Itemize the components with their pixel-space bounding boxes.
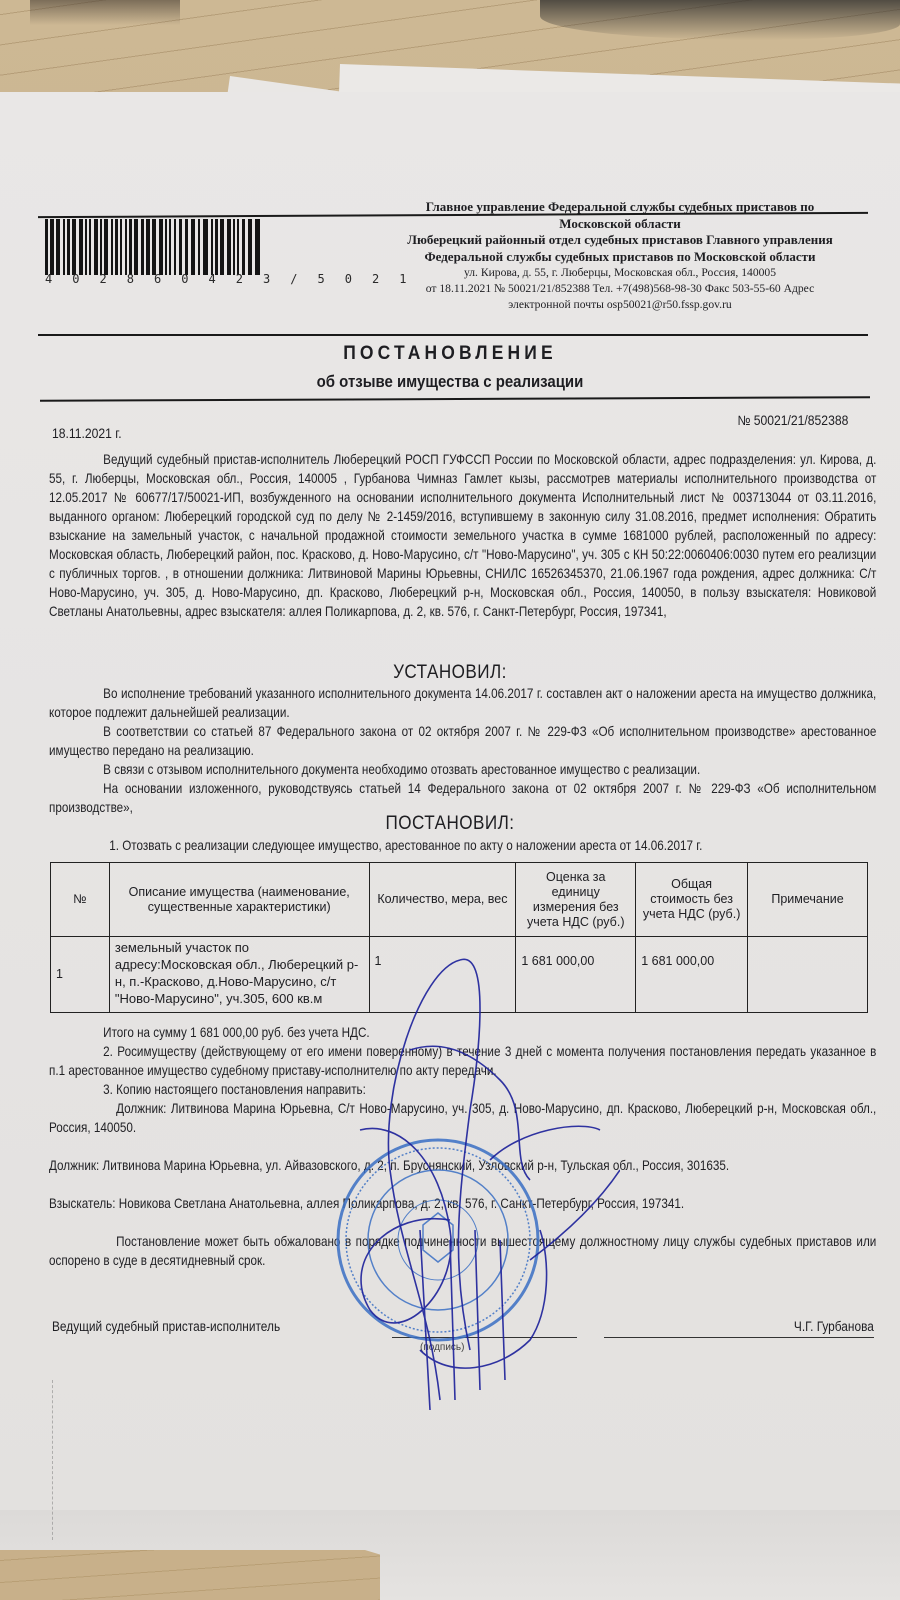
column-header-total: Общая стоимость без учета НДС (руб.) (636, 863, 748, 937)
barcode-bar (115, 219, 118, 275)
cell-total: 1 681 000,00 (636, 937, 748, 1013)
barcode-bar (174, 219, 176, 275)
table-header-row: № Описание имущества (наименование, суще… (51, 863, 868, 937)
barcode-bar (215, 219, 218, 275)
barcode-bar (100, 219, 102, 275)
item-2: 2. Росимуществу (действующему от его име… (49, 1042, 876, 1080)
resolved-heading: ПОСТАНОВИЛ: (45, 813, 855, 835)
preamble: Ведущий судебный пристав-исполнитель Люб… (49, 450, 876, 621)
barcode-bar (63, 219, 65, 275)
barcode-bar (111, 219, 113, 275)
barcode-bar (255, 219, 260, 275)
barcode-bar (50, 219, 54, 275)
barcode-bar (198, 219, 200, 275)
barcode-bar (104, 219, 108, 275)
barcode-bar (203, 219, 208, 275)
wooden-table-corner (0, 1550, 380, 1600)
barcode-bar (141, 219, 144, 275)
total-line: Итого на сумму 1 681 000,00 руб. без уче… (49, 1023, 876, 1042)
barcode-bar (159, 219, 163, 275)
column-header-quantity: Количество, мера, вес (369, 863, 516, 937)
established-paragraph: В связи с отзывом исполнительного докуме… (49, 760, 876, 779)
agency-line: Московской области (380, 216, 860, 233)
copy-recipient-debtor-1: Должник: Литвинова Марина Юрьевна, С/т Н… (49, 1099, 876, 1137)
table-row: 1 земельный участок по адресу:Московская… (51, 937, 868, 1013)
signature-line (392, 1337, 577, 1338)
cell-unit-price: 1 681 000,00 (516, 937, 636, 1013)
title-rule (38, 334, 868, 336)
barcode-bar (248, 219, 252, 275)
cell-number: 1 (51, 937, 110, 1013)
barcode-bar (191, 219, 195, 275)
agency-address: ул. Кирова, д. 55, г. Люберцы, Московска… (380, 265, 860, 281)
barcode-bar (125, 219, 127, 275)
barcode-bar (129, 219, 132, 275)
agency-email: электронной почты osp50021@r50.fssp.gov.… (380, 297, 860, 313)
signature-caption: (подпись) (420, 1342, 464, 1353)
barcode-bar (72, 219, 76, 275)
established-paragraph: На основании изложенного, руководствуясь… (49, 779, 876, 817)
barcode-number: 4 0 2 8 6 0 4 2 3 / 5 0 2 1 (45, 272, 413, 286)
resolved-item1-wrap: 1. Отозвать с реализации следующее имуще… (49, 836, 876, 855)
agency-contact: от 18.11.2021 № 50021/21/852388 Тел. +7(… (380, 281, 860, 297)
column-header-note: Примечание (748, 863, 868, 937)
barcode-bar (94, 219, 98, 275)
name-line (604, 1337, 874, 1338)
column-header-unit-price: Оценка за единицу измерения без учета НД… (516, 863, 636, 937)
barcode-bar (211, 219, 213, 275)
barcode (45, 219, 285, 275)
barcode-bar (237, 219, 239, 275)
barcode-bar (233, 219, 235, 275)
barcode-bar (165, 219, 167, 275)
shadow (30, 0, 180, 25)
barcode-bar (45, 219, 48, 275)
document-date: 18.11.2021 г. (52, 426, 122, 441)
property-table: № Описание имущества (наименование, суще… (50, 862, 868, 1013)
agency-line: Федеральной службы судебных приставов по… (380, 249, 860, 266)
barcode-bar (220, 219, 224, 275)
column-header-description: Описание имущества (наименование, сущест… (109, 863, 369, 937)
barcode-bar (146, 219, 150, 275)
barcode-bar (134, 219, 138, 275)
barcode-bar (89, 219, 91, 275)
signer-position: Ведущий судебный пристав-исполнитель (52, 1319, 280, 1334)
appeal-notice: Постановление может быть обжаловано в по… (49, 1232, 876, 1270)
barcode-bar (79, 219, 83, 275)
established-section: Во исполнение требований указанного испо… (49, 684, 876, 817)
copy-recipient-claimant: Взыскатель: Новикова Светлана Анатольевн… (49, 1194, 876, 1213)
cell-note (748, 937, 868, 1013)
barcode-bar (120, 219, 122, 275)
established-paragraph: В соответствии со статьей 87 Федеральног… (49, 722, 876, 760)
barcode-bar (185, 219, 188, 275)
barcode-bar (67, 219, 70, 275)
barcode-bar (227, 219, 231, 275)
preamble-paragraph: Ведущий судебный пристав-исполнитель Люб… (49, 450, 876, 621)
barcode-bar (85, 219, 87, 275)
established-heading: УСТАНОВИЛ: (45, 662, 855, 684)
signer-name: Ч.Г. Гурбанова (794, 1319, 874, 1334)
resolved-item1: 1. Отозвать с реализации следующее имуще… (49, 836, 876, 855)
established-paragraph: Во исполнение требований указанного испо… (49, 684, 876, 722)
document-title: ПОСТАНОВЛЕНИЕ (36, 343, 864, 365)
signature-row: Ведущий судебный пристав-исполнитель Ч.Г… (52, 1319, 874, 1341)
barcode-bar (152, 219, 156, 275)
barcode-bar (169, 219, 171, 275)
barcode-bar (179, 219, 182, 275)
cell-description: земельный участок по адресу:Московская о… (109, 937, 369, 1013)
item-3: 3. Копию настоящего постановления направ… (49, 1080, 876, 1099)
cell-quantity: 1 (369, 937, 516, 1013)
barcode-bar (56, 219, 60, 275)
document-subtitle: об отзыве имущества с реализации (54, 372, 846, 392)
perforation-marks (52, 1380, 54, 1540)
column-header-number: № (51, 863, 110, 937)
agency-line: Главное управление Федеральной службы су… (380, 199, 860, 216)
copy-recipient-debtor-2: Должник: Литвинова Марина Юрьевна, ул. А… (49, 1156, 876, 1175)
barcode-bar (242, 219, 245, 275)
agency-header: Главное управление Федеральной службы су… (380, 199, 860, 313)
after-table-section: Итого на сумму 1 681 000,00 руб. без уче… (49, 1023, 876, 1270)
agency-line: Люберецкий районный отдел судебных прист… (380, 232, 860, 249)
document-number: № 50021/21/852388 (737, 413, 848, 428)
